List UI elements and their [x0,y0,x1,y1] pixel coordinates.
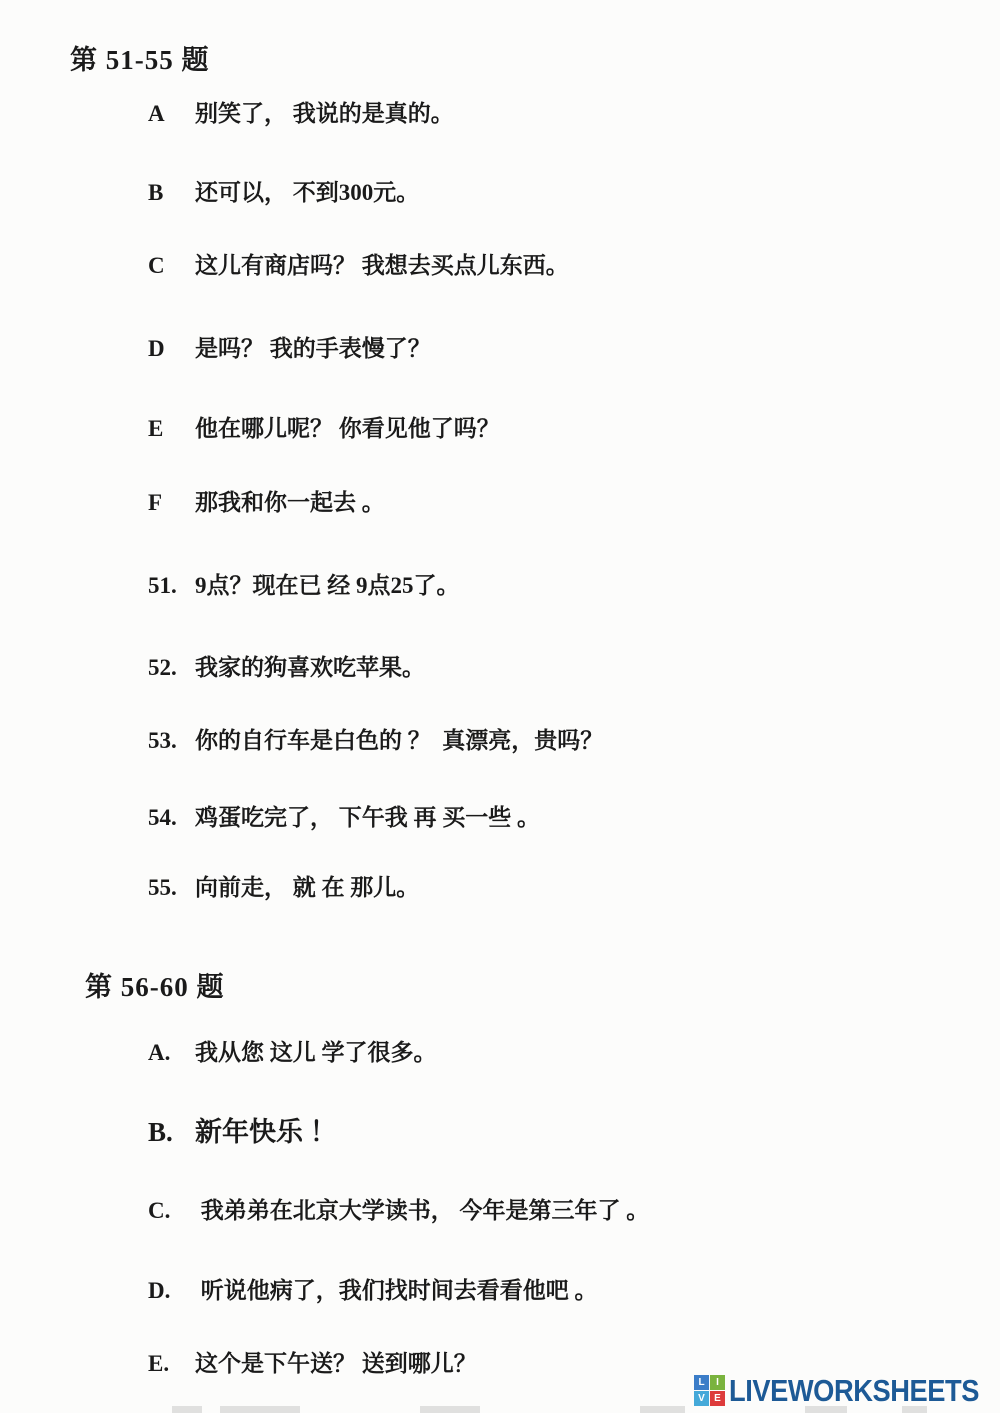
worksheet-page: 第 51-55 题 A 别笑了， 我说的是真的。 B 还可以， 不到300元。 … [0,0,1000,1413]
option-row-c: C 这儿有商店吗？ 我想去买点儿东西。 [148,252,569,281]
question-text: 向前走， 就 在 那儿。 [195,874,419,903]
option-text: 是吗？ 我的手表慢了？ [195,335,431,364]
option-letter: B [148,179,195,208]
question-row-53: 53. 你的自行车是白色的 ？ 真漂亮，贵吗？ [148,727,603,756]
option-text: 我从您 这儿 学了很多。 [195,1039,437,1068]
logo-square-e: E [710,1391,725,1406]
option-letter: D [148,335,195,364]
option-row-f: F 那我和你一起去 。 [148,489,385,518]
question-number: 53. [148,727,195,756]
question-number: 51. [148,572,195,601]
option-text: 那我和你一起去 。 [195,489,385,518]
option-row-d: D 是吗？ 我的手表慢了？ [148,335,431,364]
option-text: 这儿有商店吗？ 我想去买点儿东西。 [195,252,569,281]
question-number: 54. [148,804,195,833]
question-number: 52. [148,654,195,683]
option-letter: F [148,489,195,518]
option-row-2a: A. 我从您 这儿 学了很多。 [148,1039,437,1068]
section1-title: 第 51-55 题 [70,44,210,78]
question-row-55: 55. 向前走， 就 在 那儿。 [148,874,419,903]
question-text: 9点？现在已 经 9点25了。 [195,572,460,601]
option-row-2c: C. 我弟弟在北京大学读书， 今年是第三年了 。 [148,1197,649,1226]
option-row-e: E 他在哪儿呢？ 你看见他了吗？ [148,415,500,444]
liveworksheets-logo-icon: L I V E [694,1375,725,1406]
option-text: 别笑了， 我说的是真的。 [195,100,454,129]
question-text: 我家的狗喜欢吃苹果。 [195,654,425,683]
logo-square-i: I [710,1375,725,1390]
option-row-b: B 还可以， 不到300元。 [148,179,419,208]
liveworksheets-logo[interactable]: L I V E LIVEWORKSHEETS [694,1375,1000,1406]
liveworksheets-wordmark: LIVEWORKSHEETS [729,1375,979,1406]
option-text: 这个是下午送？ 送到哪儿？ [195,1350,477,1379]
question-text: 鸡蛋吃完了， 下午我 再 买一些 。 [195,804,540,833]
option-row-2e: E. 这个是下午送？ 送到哪儿？ [148,1350,477,1379]
logo-square-v: V [694,1391,709,1406]
question-text: 你的自行车是白色的 ？ 真漂亮，贵吗？ [195,727,603,756]
question-row-52: 52. 我家的狗喜欢吃苹果。 [148,654,425,683]
logo-square-l: L [694,1375,709,1390]
option-letter: A. [148,1039,195,1068]
option-row-2d: D. 听说他病了，我们找时间去看看他吧 。 [148,1277,598,1306]
option-letter: A [148,100,195,129]
option-text: 还可以， 不到300元。 [195,179,419,208]
option-row-2b: B. 新年快乐 ！ [148,1116,337,1150]
option-letter: E [148,415,195,444]
question-number: 55. [148,874,195,903]
option-letter: E. [148,1350,195,1379]
option-letter: B. [148,1116,195,1150]
option-letter: C. [148,1197,195,1226]
section2-title: 第 56-60 题 [85,971,225,1005]
option-text: 新年快乐 ！ [195,1116,337,1150]
option-row-a: A 别笑了， 我说的是真的。 [148,100,454,129]
option-letter: C [148,252,195,281]
option-text: 听说他病了，我们找时间去看看他吧 。 [195,1277,598,1306]
question-row-51: 51. 9点？现在已 经 9点25了。 [148,572,460,601]
cutoff-next-line [150,1406,960,1413]
option-text: 他在哪儿呢？ 你看见他了吗？ [195,415,500,444]
question-row-54: 54. 鸡蛋吃完了， 下午我 再 买一些 。 [148,804,540,833]
option-text: 我弟弟在北京大学读书， 今年是第三年了 。 [195,1197,649,1226]
option-letter: D. [148,1277,195,1306]
